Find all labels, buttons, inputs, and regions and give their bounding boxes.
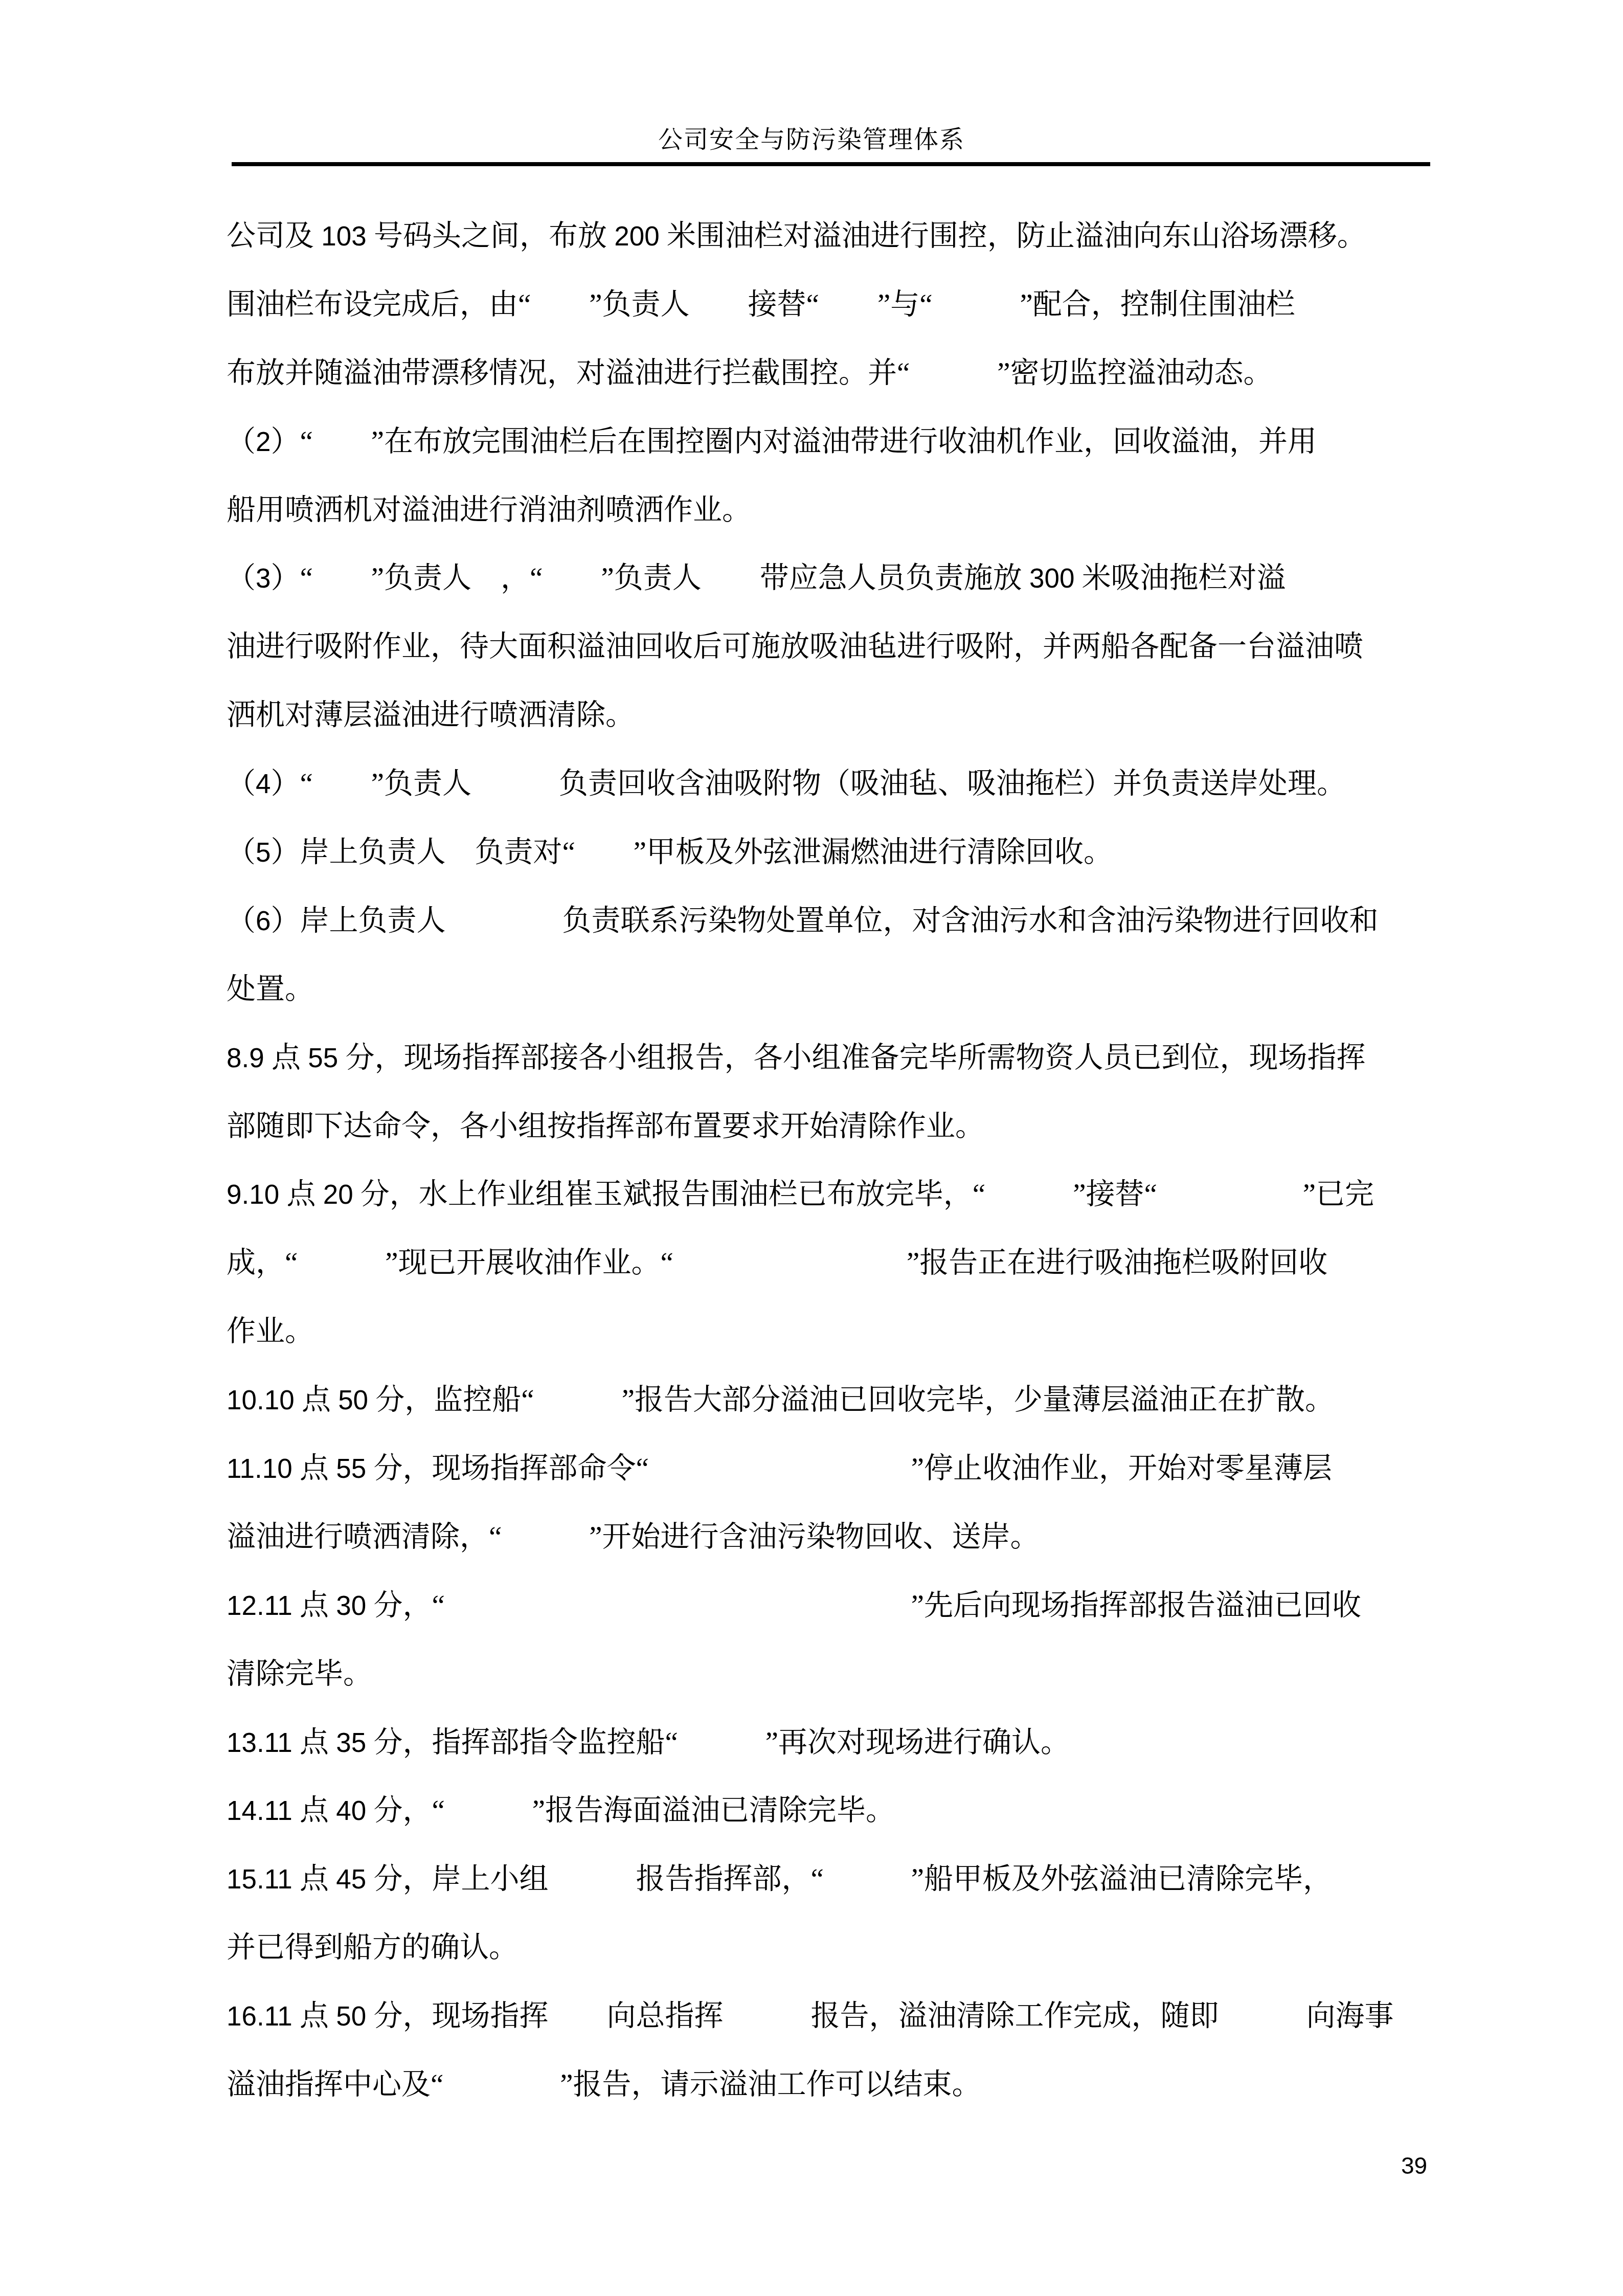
body-line: 10.10 点 50 分，监控船“ ”报告大部分溢油已回收完毕，少量薄层溢油正在… (227, 1366, 1484, 1434)
body-line: 油进行吸附作业，待大面积溢油回收后可施放吸油毡进行吸附，并两船各配备一台溢油喷 (227, 613, 1484, 681)
body-line: 布放并随溢油带漂移情况，对溢油进行拦截围控。并“ ”密切监控溢油动态。 (227, 339, 1484, 408)
body-line: 11.10 点 55 分，现场指挥部命令“ ”停止收油作业，开始对零星薄层 (227, 1434, 1484, 1503)
body-line: 作业。 (227, 1297, 1484, 1366)
page-header-title: 公司安全与防污染管理体系 (0, 124, 1623, 156)
body-line: 16.11 点 50 分，现场指挥 向总指挥 报告，溢油清除工作完成，随即 向海… (227, 1982, 1484, 2051)
body-line: 成，“ ”现已开展收油作业。“ ”报告正在进行吸油拖栏吸附回收 (227, 1229, 1484, 1297)
body-line: 洒机对薄层溢油进行喷洒清除。 (227, 681, 1484, 750)
body-line: 14.11 点 40 分，“ ”报告海面溢油已清除完毕。 (227, 1776, 1484, 1845)
body-line: 处置。 (227, 955, 1484, 1024)
body-line: 船用喷洒机对溢油进行消油剂喷洒作业。 (227, 476, 1484, 545)
body-line: （5）岸上负责人 负责对“ ”甲板及外弦泄漏燃油进行清除回收。 (227, 818, 1484, 887)
body-line: 9.10 点 20 分，水上作业组崔玉斌报告围油栏已布放完毕，“ ”接替“ ”已… (227, 1160, 1484, 1229)
body-line: 部随即下达命令，各小组按指挥部布置要求开始清除作业。 (227, 1092, 1484, 1161)
body-line: （6）岸上负责人 负责联系污染物处置单位，对含油污水和含油污染物进行回收和 (227, 887, 1484, 955)
body-line: （2）“ ”在布放完围油栏后在围控圈内对溢油带进行收油机作业，回收溢油，并用 (227, 408, 1484, 476)
page-number: 39 (1401, 2149, 1427, 2182)
header-rule (232, 162, 1430, 166)
body-line: 15.11 点 45 分，岸上小组 报告指挥部，“ ”船甲板及外弦溢油已清除完毕… (227, 1845, 1484, 1914)
body-line: 公司及 103 号码头之间，布放 200 米围油栏对溢油进行围控，防止溢油向东山… (227, 202, 1484, 271)
body-line: （3）“ ”负责人 ，“ ”负责人 带应急人员负责施放 300 米吸油拖栏对溢 (227, 544, 1484, 613)
document-page: 公司安全与防污染管理体系 公司及 103 号码头之间，布放 200 米围油栏对溢… (0, 0, 1623, 2296)
body-line: 并已得到船方的确认。 (227, 1914, 1484, 1982)
document-body: 公司及 103 号码头之间，布放 200 米围油栏对溢油进行围控，防止溢油向东山… (227, 202, 1484, 2119)
body-line: 12.11 点 30 分，“ ”先后向现场指挥部报告溢油已回收 (227, 1571, 1484, 1640)
body-line: 8.9 点 55 分，现场指挥部接各小组报告，各小组准备完毕所需物资人员已到位，… (227, 1024, 1484, 1092)
body-line: 13.11 点 35 分，指挥部指令监控船“ ”再次对现场进行确认。 (227, 1708, 1484, 1777)
body-line: 围油栏布设完成后，由“ ”负责人 接替“ ”与“ ”配合，控制住围油栏 (227, 271, 1484, 339)
body-line: 溢油指挥中心及“ ”报告，请示溢油工作可以结束。 (227, 2051, 1484, 2119)
body-line: （4）“ ”负责人 负责回收含油吸附物（吸油毡、吸油拖栏）并负责送岸处理。 (227, 750, 1484, 818)
body-line: 溢油进行喷洒清除，“ ”开始进行含油污染物回收、送岸。 (227, 1503, 1484, 1571)
body-line: 清除完毕。 (227, 1640, 1484, 1708)
